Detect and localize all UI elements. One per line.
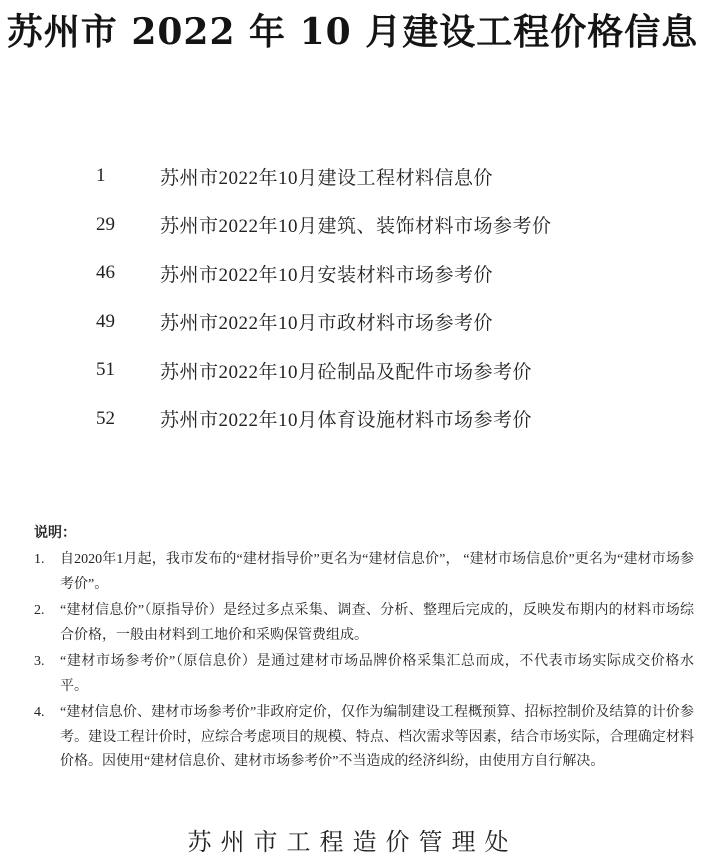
toc-page-number: 52 — [96, 408, 160, 430]
toc-row[interactable]: 49 苏州市2022年10月市政材料市场参考价 — [96, 298, 552, 347]
toc-row[interactable]: 51 苏州市2022年10月砼制品及配件市场参考价 — [96, 346, 552, 395]
toc-page-number: 51 — [96, 359, 160, 381]
note-item: 3. “建材市场参考价”（原信息价）是通过建材市场品牌价格采集汇总而成，不代表市… — [34, 650, 694, 699]
note-item: 4. “建材信息价、建材市场参考价”非政府定价，仅作为编制建设工程概预算、招标控… — [34, 701, 694, 775]
notes-section: 说明： 1. 自2020年1月起，我市发布的“建材指导价”更名为“建材信息价”，… — [34, 522, 694, 777]
toc-label: 苏州市2022年10月砼制品及配件市场参考价 — [160, 357, 532, 384]
note-number: 3. — [34, 650, 60, 699]
note-number: 1. — [34, 548, 60, 597]
page-title: 苏州市 2022 年 10 月建设工程价格信息 — [0, 8, 705, 56]
note-text: “建材信息价、建材市场参考价”非政府定价，仅作为编制建设工程概预算、招标控制价及… — [60, 701, 694, 775]
toc-label: 苏州市2022年10月市政材料市场参考价 — [160, 308, 493, 335]
toc-page-number: 46 — [96, 262, 160, 284]
toc-label: 苏州市2022年10月安装材料市场参考价 — [160, 260, 493, 287]
note-text: “建材信息价”（原指导价）是经过多点采集、调查、分析、整理后完成的，反映发布期内… — [60, 599, 694, 648]
toc-row[interactable]: 1 苏州市2022年10月建设工程材料信息价 — [96, 152, 552, 201]
toc-row[interactable]: 29 苏州市2022年10月建筑、装饰材料市场参考价 — [96, 201, 552, 250]
note-text: 自2020年1月起，我市发布的“建材指导价”更名为“建材信息价”， “建材市场信… — [60, 548, 694, 597]
note-number: 2. — [34, 599, 60, 648]
toc-page-number: 49 — [96, 311, 160, 333]
note-item: 2. “建材信息价”（原指导价）是经过多点采集、调查、分析、整理后完成的，反映发… — [34, 599, 694, 648]
note-number: 4. — [34, 701, 60, 775]
note-item: 1. 自2020年1月起，我市发布的“建材指导价”更名为“建材信息价”， “建材… — [34, 548, 694, 597]
note-text: “建材市场参考价”（原信息价）是通过建材市场品牌价格采集汇总而成，不代表市场实际… — [60, 650, 694, 699]
toc-label: 苏州市2022年10月建设工程材料信息价 — [160, 163, 493, 190]
toc-page-number: 1 — [96, 165, 160, 187]
toc-page-number: 29 — [96, 214, 160, 236]
toc-label: 苏州市2022年10月体育设施材料市场参考价 — [160, 405, 532, 432]
toc-row[interactable]: 52 苏州市2022年10月体育设施材料市场参考价 — [96, 395, 552, 444]
issuer-name: 苏州市工程造价管理处 — [0, 822, 705, 857]
toc-row[interactable]: 46 苏州市2022年10月安装材料市场参考价 — [96, 249, 552, 298]
notes-heading: 说明： — [34, 522, 694, 542]
table-of-contents: 1 苏州市2022年10月建设工程材料信息价 29 苏州市2022年10月建筑、… — [96, 152, 552, 443]
toc-label: 苏州市2022年10月建筑、装饰材料市场参考价 — [160, 211, 552, 238]
